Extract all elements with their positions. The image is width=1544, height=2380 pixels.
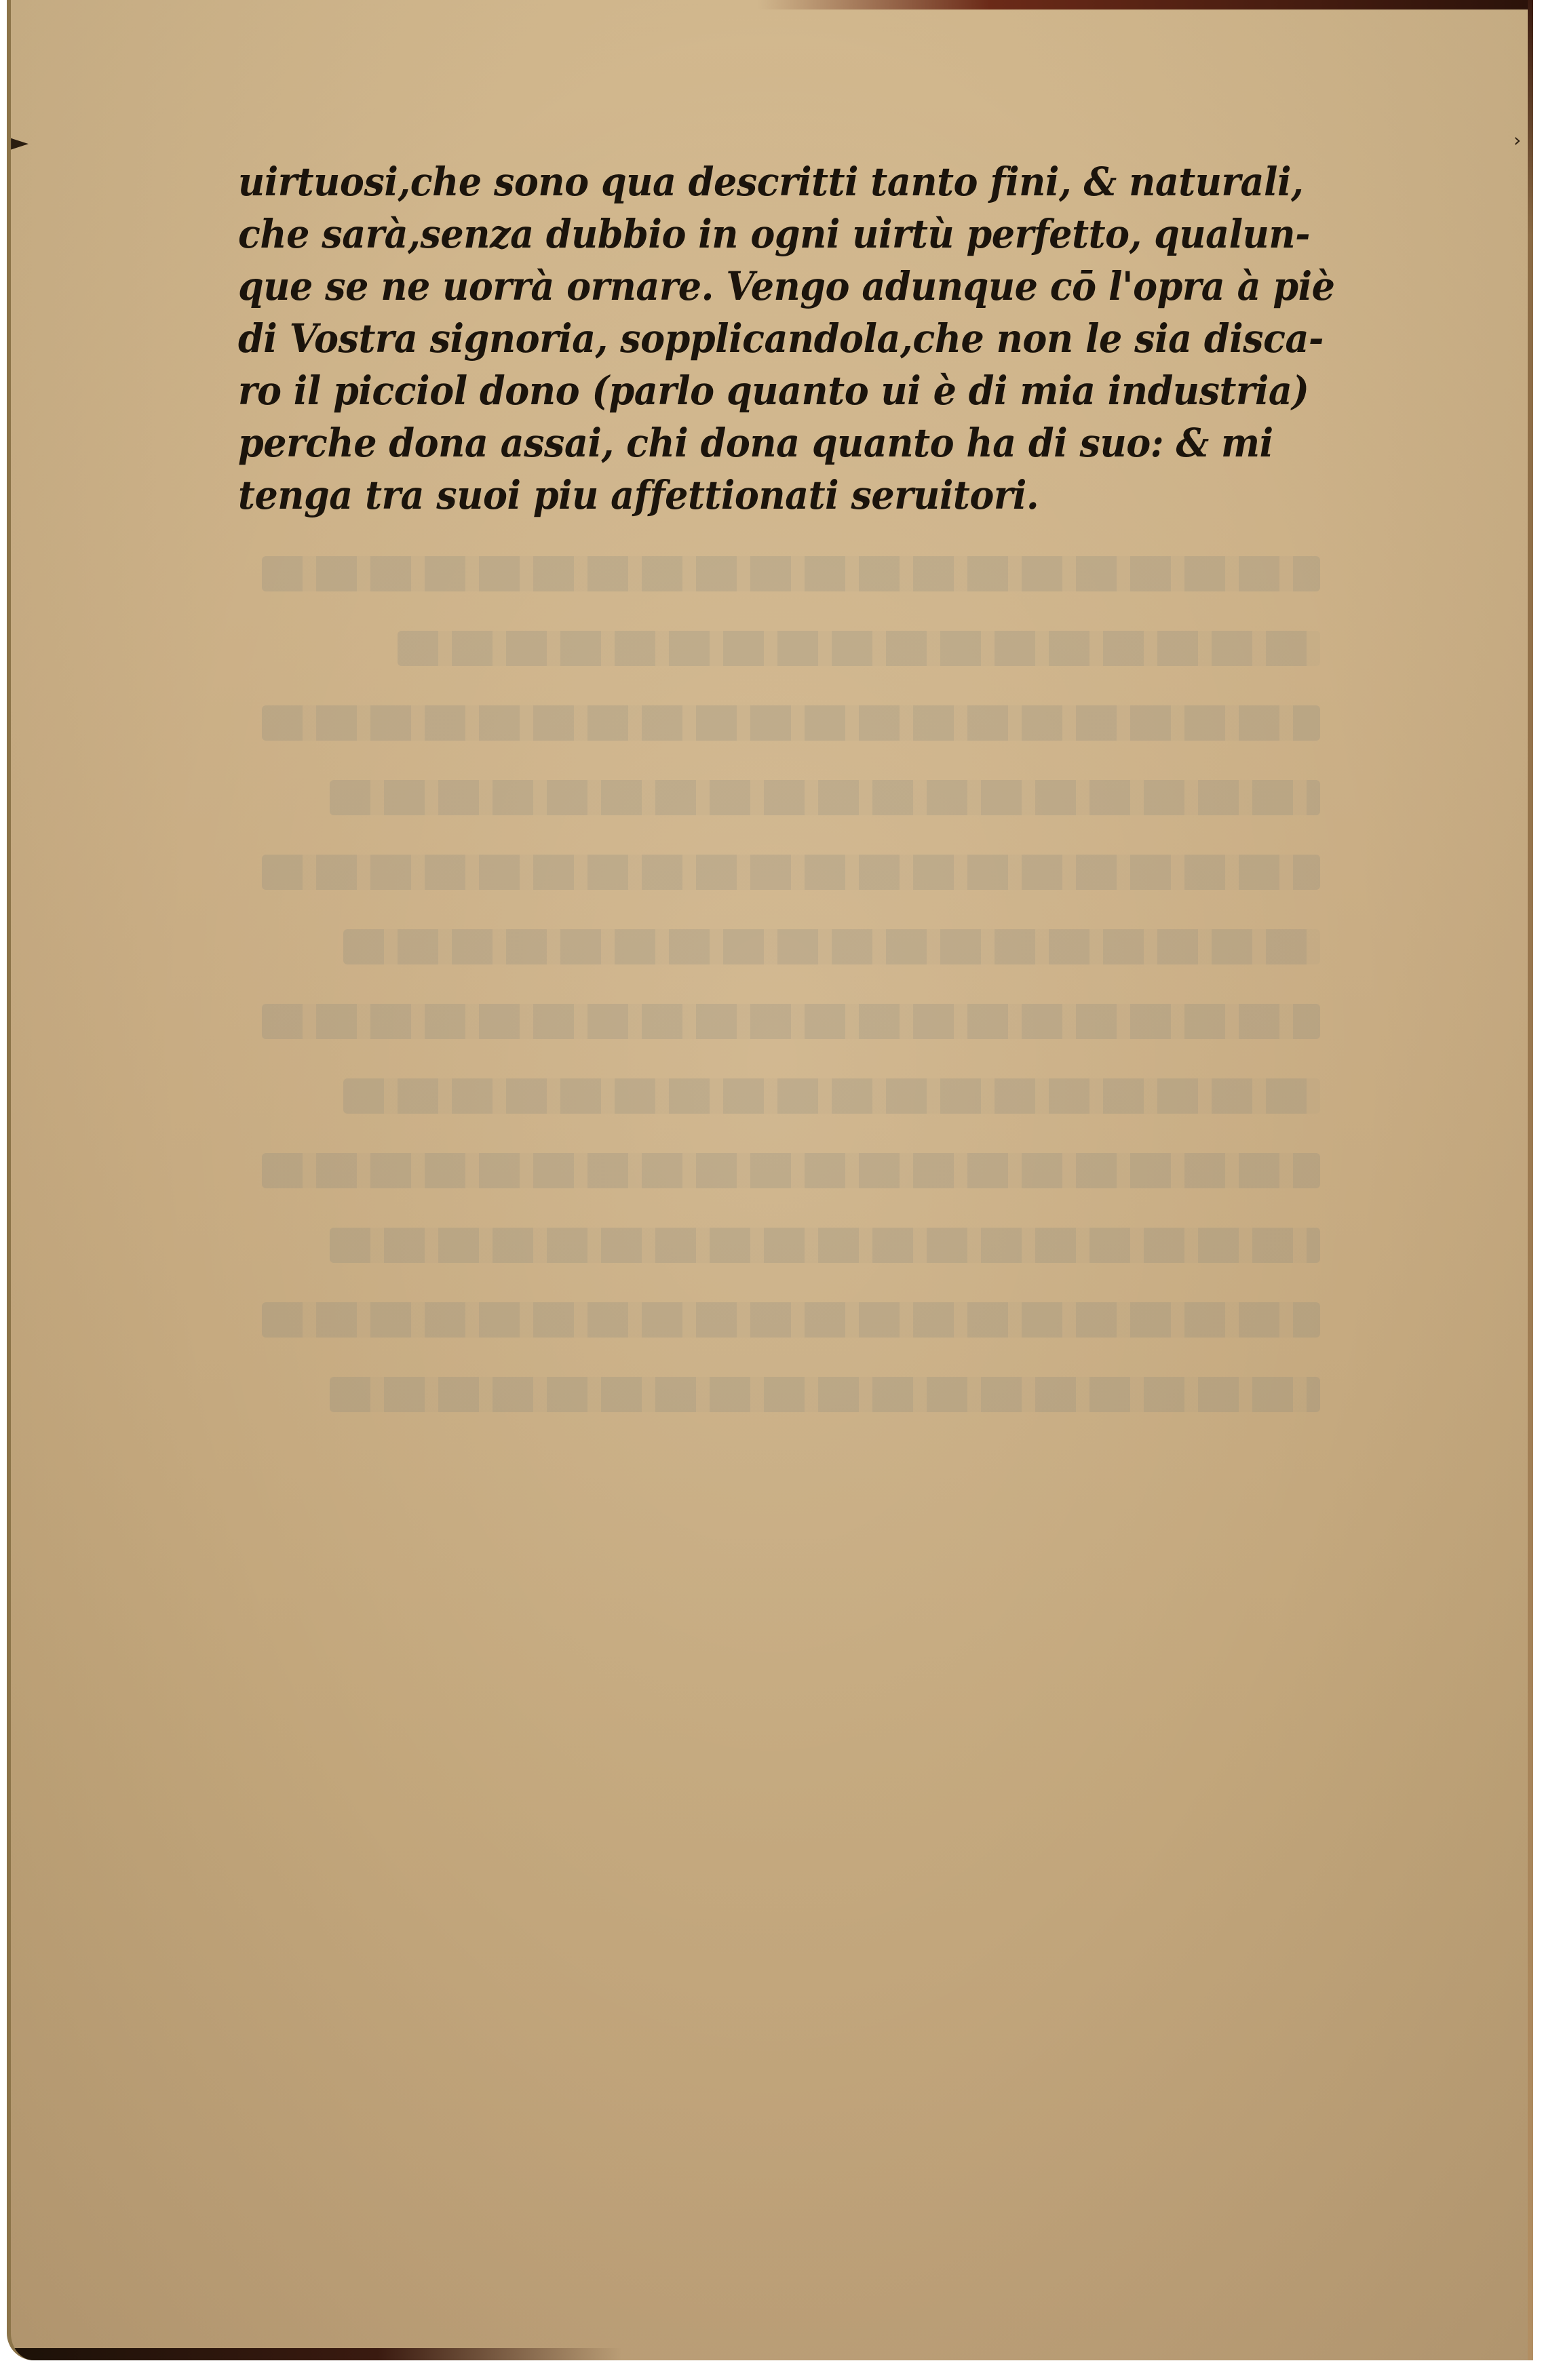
page-top-edge [757, 0, 1533, 9]
bleed-line [343, 929, 1320, 964]
book-page: uirtuosi,che sono qua descritti tanto fi… [7, 0, 1533, 2360]
text-line-2: che sarà,senza dubbio in ogni uirtù perf… [238, 208, 1222, 260]
bleed-line [262, 1004, 1320, 1039]
text-line-4: di Vostra signoria, sopplicandola,che no… [238, 313, 1222, 365]
bleed-through-text [262, 556, 1320, 1451]
bleed-line [262, 855, 1320, 890]
bleed-line [262, 1153, 1320, 1188]
bleed-line [330, 1377, 1320, 1412]
body-text: uirtuosi,che sono qua descritti tanto fi… [238, 156, 1222, 522]
bleed-line [398, 631, 1320, 666]
text-line-1: uirtuosi,che sono qua descritti tanto fi… [238, 156, 1222, 208]
text-line-5: ro il picciol dono (parlo quanto ui è di… [238, 365, 1222, 417]
page-bottom-edge [11, 2348, 621, 2360]
text-line-3: que se ne uorrà ornare. Vengo adunque cō… [238, 260, 1222, 313]
bleed-line [262, 556, 1320, 591]
bleed-line [262, 705, 1320, 741]
bleed-line [262, 1302, 1320, 1338]
text-line-7: tenga tra suoi piu affettionati seruitor… [238, 469, 1222, 522]
margin-mark-icon: › [1513, 129, 1521, 151]
page-right-edge [1528, 0, 1533, 2360]
bleed-line [330, 780, 1320, 815]
bleed-line [330, 1228, 1320, 1263]
text-line-6: perche dona assai, chi dona quanto ha di… [238, 417, 1222, 469]
margin-mark-icon: ► [11, 129, 28, 156]
bleed-line [343, 1078, 1320, 1114]
